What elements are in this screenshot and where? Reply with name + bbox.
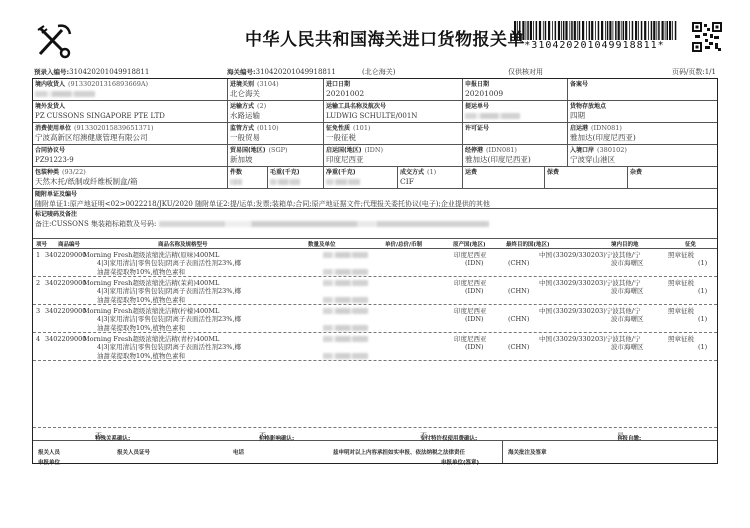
item-no: 1 (36, 251, 40, 260)
deal-mode-field: 成交方式(1) CIF (398, 167, 463, 189)
item-no: 3 (36, 307, 40, 316)
levy-mode: 照章征税 (668, 307, 694, 316)
header-domestic-dest: 境内目的地 (611, 240, 639, 248)
declarant-id-label: 报关人员证号 (117, 448, 150, 456)
declarant-label: 报关人员 (38, 448, 60, 456)
goods-name-line3: 油甜菜提取物10%,植物色素和 (97, 324, 185, 333)
header-destination: 最终目的国(地区) (506, 240, 550, 248)
quantity-redacted (323, 353, 368, 359)
pieces-field: 件数 (228, 167, 268, 189)
quantity-redacted (323, 269, 368, 275)
insurance-field: 保费 (545, 167, 628, 189)
contract-field: 合同协议号 PZ91223-9 (33, 145, 228, 167)
attached-docs-field: 随附单证及编号 随附单证1:原产地证明<02>0022218/JKU/2020 … (33, 189, 717, 209)
origin-code: (IDN) (465, 315, 484, 324)
destination-country: 中国 (539, 335, 552, 344)
import-date-field: 进口日期 20201002 (324, 79, 463, 101)
destination-code: (CHN) (508, 259, 529, 268)
levy-code: (1) (698, 343, 707, 352)
declaring-unit-label: 申报单位 (38, 458, 60, 466)
origin-code: (IDN) (465, 259, 484, 268)
goods-name-line2: 4|3|家用清洁|零售包装|阴离子表面活性剂23%,椰 (97, 287, 241, 296)
shipper-field: 境外发货人 PZ CUSSONS SINGAPORE PTE LTD (33, 101, 228, 123)
header-levy: 征免 (685, 240, 696, 248)
storage-field: 货物存放地点 四期 (568, 101, 717, 123)
phone-label: 电话 (233, 448, 244, 456)
domestic-destination-line2: 波市海曙区 (611, 287, 644, 296)
declaration-statement: 兹申明对以上内容承担如实申报、依法纳税之法律责任 (333, 448, 465, 456)
gross-weight-field: 毛重(千克) (268, 167, 324, 189)
origin-code: (IDN) (465, 343, 484, 352)
destination-code: (CHN) (508, 343, 529, 352)
consignee-field: 境内收货人(91330201316893669A) (33, 79, 228, 101)
pre-entry-number: 预录入编号:310420201049918811 (34, 67, 149, 76)
bill-no-field: 提运单号 (463, 101, 568, 123)
goods-name-line2: 4|3|家用清洁|零售包装|阴离子表面活性剂23%,椰 (97, 343, 241, 352)
domestic-destination-line2: 波市海曙区 (611, 259, 644, 268)
customs-number: 海关编号:310420201049918811 (227, 67, 336, 76)
goods-name-line2: 4|3|家用清洁|零售包装|阴离子表面活性剂23%,椰 (97, 259, 241, 268)
declare-date-field: 申报日期 20201009 (463, 79, 568, 101)
declaration-form: 境内收货人(91330201316893669A) 进境关别(3104) 北仑海… (32, 78, 718, 464)
verify-note: 仅供核对用 (508, 67, 543, 77)
table-row: 33402209000Morning Fresh超级浓缩洗洁精(柠檬)400ML… (33, 305, 717, 333)
header-goods-name: 商品名称及规格型号 (158, 240, 208, 248)
quantity-redacted (323, 336, 368, 342)
item-no: 2 (36, 279, 40, 288)
goods-name-line2: 4|3|家用清洁|零售包装|阴离子表面活性剂23%,椰 (97, 315, 241, 324)
levy-field: 征免性质(101) 一般征税 (324, 123, 463, 145)
qr-code-icon (692, 22, 722, 52)
entry-customs-field: 进境关别(3104) 北仑海关 (228, 79, 324, 101)
declarant-section: 报关人员 报关人员证号 电话 兹申明对以上内容承担如实申报、依法纳税之法律责任 … (33, 441, 503, 463)
goods-name-line3: 油甜菜提取物10%,植物色素和 (97, 352, 185, 361)
vessel-field: 运输工具名称及航次号 LUDWIG SCHULTE/001N (324, 101, 463, 123)
seal-label: 申报单位(签章) (441, 458, 479, 466)
net-weight-field: 净重(千克) (324, 167, 398, 189)
quantity-redacted (323, 280, 368, 286)
destination-code: (CHN) (508, 287, 529, 296)
customs-emblem-icon (34, 20, 74, 60)
royalty-confirm: 支付特许权使用费确认:否 (420, 431, 427, 441)
goods-name-line3: 油甜菜提取物10%,植物色素和 (97, 268, 185, 277)
levy-code: (1) (698, 315, 707, 324)
quantity-redacted (323, 297, 368, 303)
domestic-destination-line2: 波市海曙区 (611, 343, 644, 352)
freight-field: 运费 (463, 167, 545, 189)
quantity-redacted (323, 308, 368, 314)
goods-name-line3: 油甜菜提取物10%,植物色素和 (97, 296, 185, 305)
item-no: 4 (36, 335, 40, 344)
hs-code: 3402209000 (45, 279, 86, 288)
packing-field: 包装种类(93/22) 天然木托/纸制或纤维板制盒/箱 (33, 167, 228, 189)
destination-country: 中国 (539, 251, 552, 260)
header-item-no: 项号 (36, 240, 47, 248)
self-tax-confirm: 自报自缴:是 (617, 431, 624, 441)
table-row: 23402209000Morning Fresh超级浓缩洗洁精(茉莉)400ML… (33, 277, 717, 305)
document-title: 中华人民共和国海关进口货物报关单 (245, 25, 525, 50)
special-relation-confirm: 特殊关系确认:否 (95, 431, 102, 441)
customs-office: (北仑海关) (362, 67, 395, 77)
trade-country-field: 贸易国(地区)(SGP) 新加坡 (228, 145, 324, 167)
goods-table-header: 项号 商品编号 商品名称及规格型号 数量及单位 单价/总价/币制 原产国(地区)… (33, 239, 717, 249)
domestic-destination-line2: 波市海曙区 (611, 315, 644, 324)
transit-port-field: 经停港(IDN081) 雅加达(印度尼西亚) (463, 145, 568, 167)
destination-code: (CHN) (508, 315, 529, 324)
destination-country: 中国 (539, 279, 552, 288)
header-origin: 原产国(地区) (453, 240, 486, 248)
origin-code: (IDN) (465, 287, 484, 296)
quantity-redacted (323, 325, 368, 331)
page-indicator: 页码/页数:1/1 (672, 67, 716, 77)
supervision-field: 监管方式(0110) 一般贸易 (228, 123, 324, 145)
price-influence-confirm: 价格影响确认:否 (259, 431, 266, 441)
license-field: 许可证号 (463, 123, 568, 145)
consumer-field: 消费使用单位(913302015839651371) 宁波高新区绍澳健康管理有限… (33, 123, 228, 145)
record-no-field: 备案号 (568, 79, 717, 101)
entry-port-field: 入境口岸(380102) 宁波穿山港区 (568, 145, 717, 167)
levy-mode: 照章征税 (668, 251, 694, 260)
levy-mode: 照章征税 (668, 335, 694, 344)
remarks-field: 标记唛码及备注 备注:CUSSONS 集装箱标箱数及号码: (33, 209, 717, 239)
customs-note-section: 海关批注及签章 (503, 441, 717, 463)
quantity-redacted (323, 252, 368, 258)
header-quantity: 数量及单位 (308, 240, 336, 248)
transport-mode-field: 运输方式(2) 水路运输 (228, 101, 324, 123)
header-price: 单价/总价/币制 (385, 240, 422, 248)
hs-code: 3402209000 (45, 335, 86, 344)
origin-country-field: 启运国(地区)(IDN) 印度尼西亚 (324, 145, 463, 167)
header-hs-code: 商品编号 (58, 240, 80, 248)
hs-code: 3402209000 (45, 307, 86, 316)
customs-note-label: 海关批注及签章 (508, 448, 547, 456)
levy-code: (1) (698, 259, 707, 268)
table-row: 43402209000Morning Fresh超级浓缩洗洁精(青柠)400ML… (33, 333, 717, 361)
levy-code: (1) (698, 287, 707, 296)
barcode-text: *310420201049918811* (512, 40, 677, 51)
levy-mode: 照章征税 (668, 279, 694, 288)
destination-country: 中国 (539, 307, 552, 316)
hs-code: 3402209000 (45, 251, 86, 260)
barcode-icon (512, 21, 677, 40)
table-row: 13402209000Morning Fresh超级浓缩洗洁精(原味)400ML… (33, 249, 717, 277)
misc-fee-field: 杂费 (628, 167, 717, 189)
confirmations-row: 特殊关系确认:否 价格影响确认:否 支付特许权使用费确认:否 自报自缴:是 (33, 427, 717, 441)
departure-port-field: 启运港(IDN081) 雅加达(印度尼西亚) (568, 123, 717, 145)
